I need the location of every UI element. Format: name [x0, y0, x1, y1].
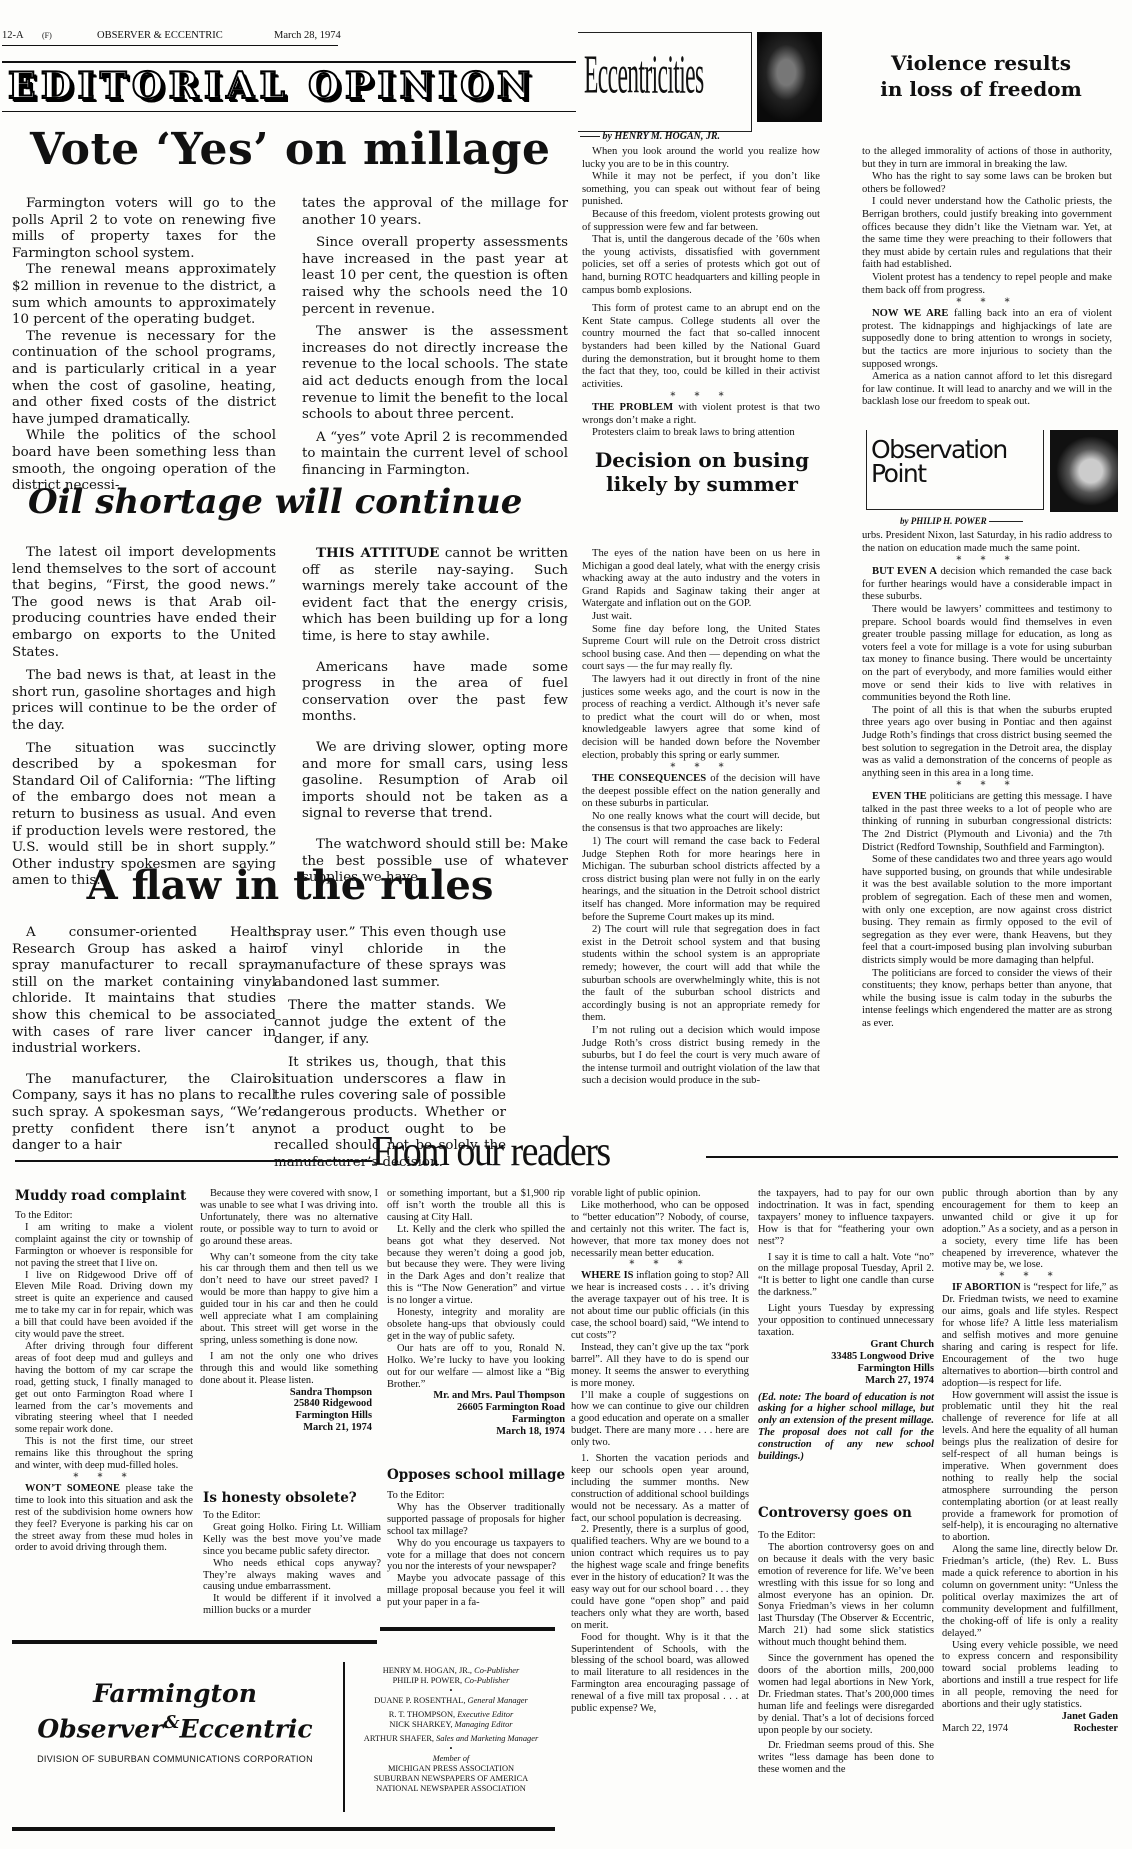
signature-line: 25840 Ridgewood — [200, 1398, 372, 1410]
muddy-col-1: To the Editor: I am writing to make a vi… — [15, 1210, 193, 1554]
association: SUBURBAN NEWSPAPERS OF AMERICA — [346, 1774, 556, 1784]
staff-line: DUANE P. ROSENTHAL, General Manager — [346, 1696, 556, 1706]
paragraph: The lawyers had it out directly in front… — [582, 674, 820, 762]
lead-in: THIS ATTITUDE — [316, 545, 439, 561]
paragraph: 1) The court will remand the case back t… — [582, 836, 820, 924]
honesty-col-2: or something important, but a $1,900 rip… — [387, 1188, 565, 1438]
paragraph: The manufacturer, the Clairol Company, s… — [12, 1072, 276, 1155]
paragraph: I am writing to make a violent complaint… — [15, 1222, 193, 1270]
paragraph: The eyes of the nation have been on us h… — [582, 548, 820, 611]
lead-in: NOW WE ARE — [872, 308, 948, 319]
staff-name: HENRY M. HOGAN, JR., — [383, 1666, 472, 1675]
paragraph: Like motherhood, who can be opposed to “… — [571, 1200, 749, 1260]
staff-line: HENRY M. HOGAN, JR., Co-Publisher — [346, 1666, 556, 1676]
paragraph: There would be lawyers’ committees and t… — [862, 604, 1112, 705]
paragraph: spray user.” This even though use of vin… — [274, 925, 506, 991]
paragraph: EVEN THE politicians are getting this me… — [862, 791, 1112, 854]
edition-mark: (F) — [42, 31, 52, 40]
section-banner: EDITORIAL OPINION — [8, 66, 574, 106]
opposes-signature: Grant Church 33485 Longwood Drive Farmin… — [758, 1339, 934, 1387]
paragraph: 1. Shorten the vacation periods and keep… — [571, 1453, 749, 1524]
paragraph: Why has the Observer traditionally suppo… — [387, 1502, 565, 1538]
folio-line: 12-A (F) OBSERVER & ECCENTRIC March 28, … — [2, 30, 342, 44]
byline-text: by HENRY M. HOGAN, JR. — [603, 131, 721, 142]
readers-title: From our readers — [372, 1128, 610, 1176]
masthead-rule-top — [12, 1640, 377, 1644]
paragraph: THIS ATTITUDE cannot be written off as s… — [302, 545, 568, 646]
observation-byline: by PHILIP H. POWER — [900, 516, 1100, 526]
staff-name: R. T. THOMPSON, — [389, 1710, 455, 1719]
paragraph: Protesters claim to break laws to bring … — [582, 427, 820, 440]
controversy-col-2: public through abortion than by any enco… — [942, 1188, 1118, 1735]
eccentricities-logo-box: Eccentricities — [578, 32, 752, 132]
lead-in: IF ABORTION — [952, 1282, 1021, 1293]
title-line: Point — [871, 462, 1007, 486]
paragraph: WHERE IS inflation going to stop? All we… — [571, 1270, 749, 1341]
nameplate-ampersand: & — [163, 1712, 179, 1733]
paragraph: The renewal means approximately $2 milli… — [12, 262, 276, 328]
paragraph: The point of all this is that when the s… — [862, 705, 1112, 781]
section-break: * * * — [862, 780, 1112, 791]
observation-logo-box: Observation Point — [866, 430, 1044, 510]
paragraph: Instead, they can’t give up the tax “por… — [571, 1342, 749, 1390]
oil-col-1: The latest oil import developments lend … — [12, 545, 276, 890]
busing-body: The eyes of the nation have been on us h… — [582, 548, 820, 1088]
paragraph: WON’T SOMEONE please take the time to lo… — [15, 1483, 193, 1554]
paragraph: the taxpayers, had to pay for our own in… — [758, 1188, 934, 1248]
controversy-signature: Janet Gaden March 22, 1974 Rochester — [942, 1711, 1118, 1735]
paragraph: Along the same line, directly below Dr. … — [942, 1544, 1118, 1639]
paragraph: Since overall property assessments have … — [302, 235, 568, 318]
paragraph: Just wait. — [582, 611, 820, 624]
text: is “respect for life,” as Dr. Friedman t… — [942, 1282, 1118, 1388]
byline-text: by PHILIP H. POWER — [900, 516, 987, 526]
paragraph: Great going Holko. Firing Lt. William Ke… — [203, 1522, 381, 1558]
staff-title: Co-Publisher — [464, 1676, 509, 1685]
lead-in: THE PROBLEM — [592, 402, 673, 413]
millage-col-1: Farmington voters will go to the polls A… — [12, 196, 276, 495]
paragraph: Some of these candidates two and three y… — [862, 854, 1112, 967]
masthead-rule-bottom — [12, 1827, 555, 1831]
paragraph: Who has the right to say some laws can b… — [862, 171, 1112, 196]
signature-line: Janet Gaden — [942, 1711, 1118, 1723]
author-photo-hogan — [757, 32, 822, 122]
paragraph: Americans have made some progress in the… — [302, 660, 568, 726]
paragraph: Violent protest has a tendency to repel … — [862, 272, 1112, 297]
signature-place: Rochester — [1074, 1723, 1118, 1735]
paragraph: vorable light of public opinion. — [571, 1188, 749, 1200]
paragraph: The answer is the assessment increases d… — [302, 324, 568, 424]
headline-line: Violence results — [836, 50, 1126, 76]
staff-line: R. T. THOMPSON, Executive Editor — [346, 1710, 556, 1720]
staff-line: ARTHUR SHAFER, Sales and Marketing Manag… — [346, 1734, 556, 1744]
headline-line: likely by summer — [582, 472, 822, 496]
headline-line: in loss of freedom — [836, 76, 1126, 102]
staff-name: PHILIP H. POWER, — [393, 1676, 462, 1685]
paragraph: or something important, but a $1,900 rip… — [387, 1188, 565, 1224]
paragraph: I say it is time to call a halt. Vote “n… — [758, 1252, 934, 1300]
paragraph: While it may not be perfect, if you don’… — [582, 171, 820, 209]
page-number: 12-A — [2, 30, 24, 41]
paragraph: I am not the only one who drives through… — [200, 1351, 378, 1387]
paragraph: Using every vehicle possible, we need to… — [942, 1640, 1118, 1711]
staff-name: DUANE P. ROSENTHAL, — [374, 1696, 465, 1705]
nameplate-word: Observer — [37, 1714, 163, 1743]
observation-title: Observation Point — [871, 438, 1007, 486]
busing-headline: Decision on busing likely by summer — [582, 448, 822, 496]
muddy-signature: Sandra Thompson 25840 Ridgewood Farmingt… — [200, 1387, 378, 1435]
paragraph: Maybe you advocate passage of this milla… — [387, 1573, 565, 1609]
paragraph: THE CONSEQUENCES of the decision will ha… — [582, 773, 820, 811]
paragraph: Since the government has opened the door… — [758, 1653, 934, 1736]
opposes-col-3: the taxpayers, had to pay for our own in… — [758, 1188, 934, 1463]
staff-name: ARTHUR SHAFER, — [364, 1734, 434, 1743]
paragraph: Light yours Tuesday by expressing your o… — [758, 1303, 934, 1339]
paragraph: BUT EVEN A decision which remanded the c… — [862, 566, 1112, 604]
salutation: To the Editor: — [203, 1510, 381, 1522]
issue-date: March 28, 1974 — [274, 30, 341, 41]
honesty-headline: Is honesty obsolete? — [203, 1490, 381, 1506]
paragraph: How government will assist the issue is … — [942, 1390, 1118, 1545]
honesty-col-1: To the Editor: Great going Holko. Firing… — [203, 1510, 381, 1617]
opposes-headline: Opposes school millage — [387, 1467, 567, 1483]
member-of-label: Member of — [346, 1754, 556, 1764]
millage-col-2: tates the approval of the millage for an… — [302, 196, 568, 480]
paragraph: Why do you encourage us taxpayers to vot… — [387, 1538, 565, 1574]
division-line: DIVISION OF SUBURBAN COMMUNICATIONS CORP… — [15, 1754, 335, 1764]
signature-line: Farmington Hills — [200, 1410, 372, 1422]
staff-title: Executive Editor — [457, 1710, 513, 1719]
signature-date: March 22, 1974 — [942, 1723, 1008, 1735]
paragraph: Dr. Friedman seems proud of this. She wr… — [758, 1740, 934, 1776]
signature-line: March 27, 1974 — [758, 1375, 934, 1387]
paragraph: This form of protest came to an abrupt e… — [582, 303, 820, 391]
paragraph: We are driving slower, opting more and m… — [302, 740, 568, 823]
author-photo-power — [1050, 430, 1118, 512]
lead-in: WHERE IS — [581, 1270, 633, 1281]
section-break: * * * — [862, 297, 1112, 308]
opposes-col-2: vorable light of public opinion. Like mo… — [571, 1188, 749, 1715]
headline-line: Decision on busing — [582, 448, 822, 472]
eccentricities-byline: by HENRY M. HOGAN, JR. — [580, 131, 820, 142]
paragraph: urbs. President Nixon, last Saturday, in… — [862, 530, 1112, 555]
paragraph: 2) The court will rule that segregation … — [582, 924, 820, 1025]
flaw-headline: A flaw in the rules — [0, 862, 580, 910]
bullet: • — [346, 1686, 556, 1696]
eccentricities-title: Eccentricities — [584, 43, 704, 107]
flaw-col-1: A consumer-oriented Health Research Grou… — [12, 925, 276, 1155]
paragraph: 2. Presently, there is a surplus of good… — [571, 1524, 749, 1631]
paragraph: THE PROBLEM with violent protest is that… — [582, 402, 820, 427]
staff-title: General Manager — [468, 1696, 528, 1705]
paragraph: I’m not ruling out a decision which woul… — [582, 1025, 820, 1088]
signature-line: 26605 Farmington Road — [387, 1402, 565, 1414]
paragraph: America as a nation cannot afford to let… — [862, 371, 1112, 409]
salutation: To the Editor: — [758, 1530, 934, 1542]
section-title: EDITORIAL OPINION — [8, 65, 535, 107]
masthead-nameplate: Farmington Observer&Eccentric DIVISION O… — [15, 1680, 335, 1764]
lead-in: BUT EVEN A — [872, 566, 937, 577]
paragraph: I’ll make a couple of suggestions on how… — [571, 1390, 749, 1450]
paragraph: That is, until the dangerous decade of t… — [582, 234, 820, 297]
editor-note: (Ed. note: The board of education is not… — [758, 1392, 934, 1463]
section-break: * * * — [15, 1472, 193, 1483]
paragraph: No one really knows what the court will … — [582, 811, 820, 836]
honesty-signature: Mr. and Mrs. Paul Thompson 26605 Farming… — [387, 1390, 565, 1438]
paragraph: A “yes” vote April 2 is recommended to m… — [302, 430, 568, 480]
violence-headline: Violence results in loss of freedom — [836, 50, 1126, 102]
paragraph: to the alleged immorality of actions of … — [862, 146, 1112, 171]
section-break: * * * — [942, 1271, 1118, 1282]
bullet: • — [346, 1744, 556, 1754]
eccentricities-body: When you look around the world you reali… — [582, 146, 820, 440]
section-break: * * * — [862, 555, 1112, 566]
paragraph: The bad news is that, at least in the sh… — [12, 668, 276, 734]
nameplate-word: Eccentric — [180, 1714, 313, 1743]
header-rule-top — [2, 61, 576, 63]
paragraph: When you look around the world you reali… — [582, 146, 820, 171]
paragraph: There the matter stands. We cannot judge… — [274, 998, 506, 1048]
paragraph: I live on Ridgewood Drive off of Eleven … — [15, 1270, 193, 1341]
section-break: * * * — [582, 762, 820, 773]
paragraph: After driving through four different are… — [15, 1341, 193, 1436]
paragraph: The revenue is necessary for the continu… — [12, 329, 276, 429]
paragraph: Some fine day before long, the United St… — [582, 624, 820, 674]
violence-body: to the alleged immorality of actions of … — [862, 146, 1112, 409]
masthead-rule-top-2 — [380, 1627, 555, 1631]
lead-in: EVEN THE — [872, 791, 927, 802]
paragraph: I could never understand how the Catholi… — [862, 196, 1112, 272]
section-break: * * * — [571, 1259, 749, 1270]
nameplate-line-1: Farmington — [15, 1680, 335, 1708]
paragraph: This is not the first time, our street r… — [15, 1436, 193, 1472]
paragraph: A consumer-oriented Health Research Grou… — [12, 925, 276, 1058]
paragraph: Because they were covered with snow, I w… — [200, 1188, 378, 1248]
readers-rule-right — [706, 1156, 1118, 1158]
paragraph: tates the approval of the millage for an… — [302, 196, 568, 229]
paragraph: Food for thought. Why is it that the Sup… — [571, 1632, 749, 1715]
paragraph: public through abortion than by any enco… — [942, 1188, 1118, 1271]
salutation: To the Editor: — [387, 1490, 565, 1502]
signature-line: Grant Church — [758, 1339, 934, 1351]
paper-name: OBSERVER & ECCENTRIC — [97, 30, 223, 41]
salutation: To the Editor: — [15, 1210, 193, 1222]
association: NATIONAL NEWSPAPER ASSOCIATION — [346, 1784, 556, 1794]
association: MICHIGAN PRESS ASSOCIATION — [346, 1764, 556, 1774]
opposes-col-1: To the Editor: Why has the Observer trad… — [387, 1490, 565, 1609]
paragraph: IF ABORTION is “respect for life,” as Dr… — [942, 1282, 1118, 1389]
nameplate-line-2: Observer&Eccentric — [15, 1708, 335, 1744]
oil-col-2: THIS ATTITUDE cannot be written off as s… — [302, 545, 568, 887]
signature-line: March 21, 1974 — [200, 1422, 372, 1434]
paragraph: It would be different if it involved a m… — [203, 1593, 381, 1617]
readers-rule-left — [15, 1160, 372, 1162]
controversy-col-1: To the Editor: The abortion controversy … — [758, 1530, 934, 1776]
signature-line: March 18, 1974 — [387, 1426, 565, 1438]
masthead-divider — [343, 1662, 345, 1812]
paragraph: Who needs ethical cops anyway? They’re a… — [203, 1558, 381, 1594]
folio-rule — [2, 45, 338, 46]
observation-body: urbs. President Nixon, last Saturday, in… — [862, 530, 1112, 1031]
lead-in: THE CONSEQUENCES — [592, 773, 706, 784]
paragraph: The politicians are forced to consider t… — [862, 968, 1112, 1031]
staff-line: PHILIP H. POWER, Co-Publisher — [346, 1676, 556, 1686]
paragraph: Our hats are off to you, Ronald N. Holko… — [387, 1343, 565, 1391]
staff-title: Managing Editor — [455, 1720, 513, 1729]
paragraph: Farmington voters will go to the polls A… — [12, 196, 276, 262]
lead-in: WON’T SOMEONE — [25, 1483, 120, 1494]
millage-headline: Vote ‘Yes’ on millage — [30, 124, 570, 176]
muddy-headline: Muddy road complaint — [15, 1188, 195, 1204]
masthead-staff: HENRY M. HOGAN, JR., Co-Publisher PHILIP… — [346, 1666, 556, 1794]
paragraph: NOW WE ARE falling back into an era of v… — [862, 308, 1112, 371]
staff-name: NICK SHARKEY, — [389, 1720, 452, 1729]
signature-line: Mr. and Mrs. Paul Thompson — [387, 1390, 565, 1402]
signature-line: 33485 Longwood Drive — [758, 1351, 934, 1363]
paragraph: The latest oil import developments lend … — [12, 545, 276, 661]
paragraph: Why can’t someone from the city take his… — [200, 1252, 378, 1347]
controversy-headline: Controversy goes on — [758, 1505, 938, 1521]
oil-headline: Oil shortage will continue — [28, 480, 568, 524]
paragraph: Because of this freedom, violent protest… — [582, 209, 820, 234]
paragraph: Honesty, integrity and morality are obso… — [387, 1307, 565, 1343]
muddy-col-2: Because they were covered with snow, I w… — [200, 1188, 378, 1434]
paragraph: The abortion controversy goes on and on … — [758, 1542, 934, 1649]
staff-title: Co-Publisher — [474, 1666, 519, 1675]
staff-line: NICK SHARKEY, Managing Editor — [346, 1720, 556, 1730]
signature-line: Sandra Thompson — [200, 1387, 372, 1399]
signature-line: Farmington — [387, 1414, 565, 1426]
staff-title: Sales and Marketing Manager — [436, 1734, 538, 1743]
signature-line: Farmington Hills — [758, 1363, 934, 1375]
paragraph: Lt. Kelly and the clerk who spilled the … — [387, 1224, 565, 1307]
section-break: * * * — [582, 391, 820, 402]
header-rule-bottom — [2, 111, 576, 112]
